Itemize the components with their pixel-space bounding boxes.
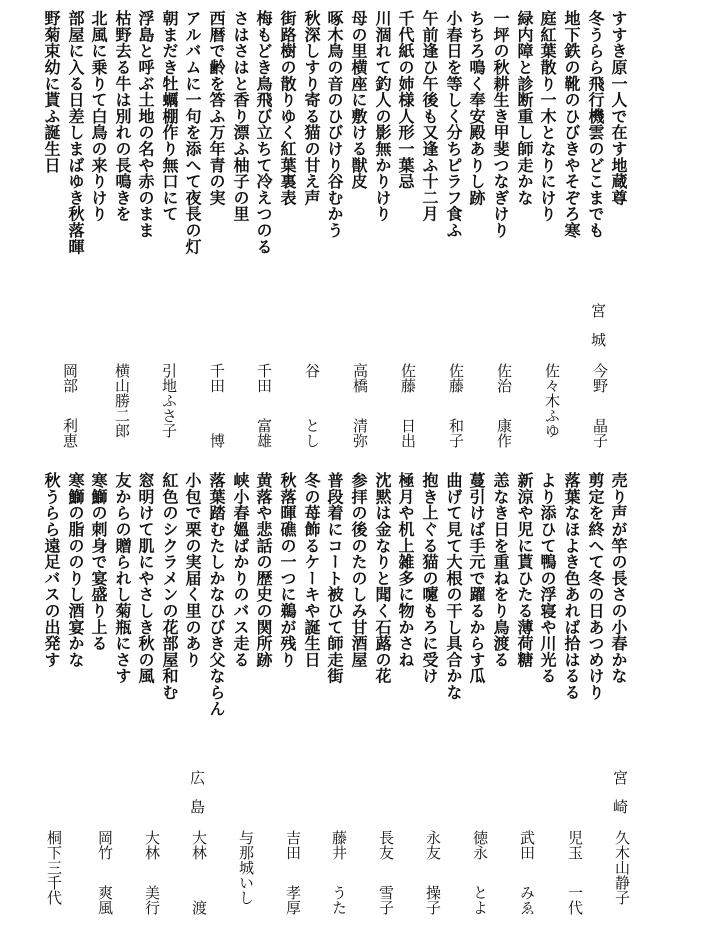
author-name: 佐藤日出 [399, 363, 417, 448]
poem-column: ちちろ鳴く奉安殿ありし跡 [466, 10, 486, 206]
author-given-name: 雪子 [377, 885, 395, 915]
poem-column: 秋落暉礁の一つに鵜が残り [277, 472, 297, 668]
poem-column: 北風に乗りて白鳥の来りけり [88, 10, 108, 222]
author-name: 千田博 [208, 363, 226, 448]
author-given-name: うた [330, 885, 348, 915]
author-surname: 横山勝二郎 [113, 363, 131, 438]
author-given-name: 一代 [566, 885, 584, 915]
poem-column: 普段着にコート被ひて師走街 [324, 472, 344, 684]
poem-column: 小春日を等しく分ちピラフ食ふ [443, 10, 463, 238]
poem-column: 小包で栗の実届く里のあり [182, 472, 202, 668]
poem-column: 寒鰤の刺身で宴盛り上る [88, 472, 108, 651]
author-name: 武田みゑ [518, 830, 536, 915]
poem-column: 庭紅葉散り一木となりにけり [537, 10, 557, 222]
author-given-name: とよ [471, 885, 489, 915]
poem-column: 曲げて見て大根の干し具合かな [443, 472, 463, 700]
poem-column: 落葉踏むたしかなひびき父ならん [206, 472, 226, 717]
author-name: 岡竹爽風 [96, 830, 114, 915]
author-surname: 千田 [208, 363, 226, 393]
poem-column: 冬の苺飾るケーキや誕生日 [301, 472, 321, 668]
poem-column: 啄木鳥の音のひびけり谷むかう [324, 10, 344, 238]
author-given-name: 富雄 [255, 418, 273, 448]
poem-column: 一坪の秋耕生き甲斐つなぎけり [490, 10, 510, 238]
author-name: 高橋清弥 [351, 363, 369, 448]
poem-column: 梅もどき鳥飛び立ちて冷えつのる [253, 10, 273, 255]
author-name: 引地ふさ子 [160, 363, 178, 448]
author-surname: 徳永 [471, 830, 489, 860]
author-surname: 佐々木ふゆ [543, 363, 561, 438]
author-surname: 大林 [190, 830, 208, 860]
poem-column: さはさはと香り漂ふ柚子の里 [230, 10, 250, 222]
poem-column: 部屋に入る日差しまばゆき秋落暉 [65, 10, 85, 255]
author-surname: 藤井 [330, 830, 348, 860]
author-surname: 大林 [143, 830, 161, 860]
author-surname: 武田 [518, 830, 536, 860]
author-name: 岡部利恵 [61, 363, 79, 448]
author-surname: 桐下三千代 [45, 830, 63, 905]
author-given-name: 孝厚 [284, 885, 302, 915]
poem-column: 浮島と呼ぶ土地の名や赤のまま [135, 10, 155, 238]
author-surname: 岡部 [61, 363, 79, 393]
author-name: 藤井うた [330, 830, 348, 915]
poem-column: 寒鰤の脂ののりし酒宴かな [65, 472, 85, 668]
poem-column: 極月や机上雑多に物かさね [395, 472, 415, 668]
poem-column: 紅色のシクラメンの花部屋和む [159, 472, 179, 700]
author-surname: 長友 [377, 830, 395, 860]
author-name: 大林美行 [143, 830, 161, 915]
poem-column: 売り声が竿の長さの小春かな [608, 472, 628, 684]
author-surname: 佐藤 [447, 363, 465, 393]
author-surname: 岡竹 [96, 830, 114, 860]
author-given-name: 美行 [143, 885, 161, 915]
poem-column: 抱き上ぐる猫の嚔もろに受け [419, 472, 439, 684]
author-surname: 児玉 [566, 830, 584, 860]
poem-column: 峡小春媼ばかりのバス走る [230, 472, 250, 668]
author-surname: 吉田 [284, 830, 302, 860]
author-surname: 与那城いし [237, 830, 255, 905]
poem-column: 参拝の後のたのしみ甘酒屋 [348, 472, 368, 668]
poem-column: 母の里横座に敷ける獣皮 [348, 10, 368, 189]
poem-column: 野菊束幼に貰ふ誕生日 [41, 10, 61, 173]
haiku-page: すすき原一人で在す地蔵尊 冬うらら飛行機雲のどこまでも 地下鉄の靴のひびきやそぞ… [0, 0, 723, 930]
author-name: 桐下三千代 [45, 830, 63, 915]
author-given-name: 清弥 [351, 418, 369, 448]
poem-column: 西暦で齢を答ふ万年青の実 [206, 10, 226, 206]
author-surname: 谷 [303, 363, 321, 378]
author-name: 横山勝二郎 [113, 363, 131, 448]
author-name: 与那城いし [237, 830, 255, 915]
region-label-miyazaki: 宮崎 [613, 770, 631, 828]
author-given-name: 康作 [495, 418, 513, 448]
poem-column: 地下鉄の靴のひびきやそぞろ寒 [561, 10, 581, 238]
region-label-miyagi: 宮城 [591, 303, 609, 361]
poem-column: 枯野去る牛は別れの長鳴きを [112, 10, 132, 222]
author-given-name: 爽風 [96, 885, 114, 915]
author-surname: 引地ふさ子 [160, 363, 178, 438]
author-name: 佐々木ふゆ [543, 363, 561, 448]
poem-column: アルバムに一句を添へて夜長の灯 [182, 10, 202, 255]
author-given-name: 博 [208, 433, 226, 448]
poem-column: 冬うらら飛行機雲のどこまでも [585, 10, 605, 238]
region-label-hiroshima: 広島 [190, 770, 208, 828]
author-given-name: みゑ [518, 885, 536, 915]
author-name: 吉田孝厚 [284, 830, 302, 915]
poem-column: 千代紙の姉様人形一葉忌 [395, 10, 415, 189]
poem-column: 黄落や悲話の歴史の関所跡 [253, 472, 273, 668]
poem-column: 緑内障と診断重し師走かな [514, 10, 534, 206]
author-given-name: 和子 [447, 418, 465, 448]
poem-column: 秋うらら遠足バスの出発す [41, 472, 61, 668]
author-surname: 高橋 [351, 363, 369, 393]
author-name: 佐治康作 [495, 363, 513, 448]
poem-column: 秋深しすり寄る猫の甘え声 [301, 10, 321, 206]
poem-column: 窓明けて肌にやさしき秋の風 [135, 472, 155, 684]
poem-column: 川涸れて釣人の影無かりけり [372, 10, 392, 222]
author-name: 児玉一代 [566, 830, 584, 915]
author-name: 佐藤和子 [447, 363, 465, 448]
author-surname: 佐藤 [399, 363, 417, 393]
poem-column: より添ひて鴨の浮寝や川光る [537, 472, 557, 684]
poem-column: 朝まだき牡蠣棚作り無口にて [159, 10, 179, 222]
author-name: 長友雪子 [377, 830, 395, 915]
author-name: 谷とし [303, 363, 321, 448]
author-given-name: 晶子 [591, 418, 609, 448]
poem-column: 蔓引けば手元で躍るからす瓜 [466, 472, 486, 684]
author-name: 永友操子 [424, 830, 442, 915]
poem-column: 恙なき日を重ねをり鳥渡る [490, 472, 510, 668]
author-given-name: 操子 [424, 885, 442, 915]
poem-column: 沈黙は金なりと聞く石蕗の花 [372, 472, 392, 684]
author-surname: 佐治 [495, 363, 513, 393]
author-name: 今野晶子 [591, 363, 609, 448]
poem-column: 落葉なほよき色あれば拾はるる [561, 472, 581, 700]
author-given-name: 日出 [399, 418, 417, 448]
author-surname: 千田 [255, 363, 273, 393]
author-name: 久木山静子 [613, 830, 631, 915]
poem-column: 友からの贈られし菊瓶にさす [112, 472, 132, 684]
author-surname: 今野 [591, 363, 609, 393]
poem-column: 新涼や児に貰ひたる薄荷糖 [514, 472, 534, 668]
poem-column: すすき原一人で在す地蔵尊 [608, 10, 628, 206]
author-given-name: 利恵 [61, 418, 79, 448]
author-surname: 久木山静子 [613, 830, 631, 905]
author-name: 大林渡 [190, 830, 208, 915]
author-given-name: とし [303, 418, 321, 448]
author-surname: 永友 [424, 830, 442, 860]
author-name: 千田富雄 [255, 363, 273, 448]
author-name: 徳永とよ [471, 830, 489, 915]
poem-column: 午前逢ひ午後も又逢ふ十二月 [419, 10, 439, 222]
poem-column: 剪定を終へて冬の日あつめけり [585, 472, 605, 700]
poem-column: 街路樹の散りゆく紅葉裏表 [277, 10, 297, 206]
author-given-name: 渡 [190, 900, 208, 915]
